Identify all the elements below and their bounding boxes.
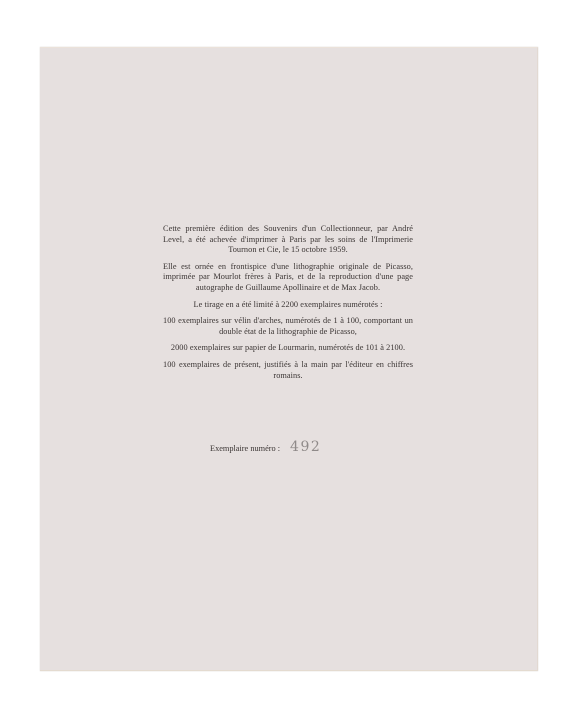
colophon-paragraph-printing: Cette première édition des Souvenirs d'u… xyxy=(163,224,413,256)
colophon-paragraph-lourmarin-copies: 2000 exemplaires sur papier de Lourmarin… xyxy=(163,343,413,354)
copy-number-value: 492 xyxy=(290,439,321,455)
colophon-paragraph-print-run: Le tirage en a été limité à 2200 exempla… xyxy=(163,300,413,311)
colophon-paragraph-presentation-copies: 100 exemplaires de présent, justifiés à … xyxy=(163,360,413,381)
colophon-text: Cette première édition des Souvenirs d'u… xyxy=(163,224,413,387)
colophon-paragraph-velin-copies: 100 exemplaires sur vélin d'arches, numé… xyxy=(163,316,413,337)
copy-number-label: Exemplaire numéro : xyxy=(210,444,280,453)
colophon-paragraph-illustrations: Elle est ornée en frontispice d'une lith… xyxy=(163,262,413,294)
book-page: Cette première édition des Souvenirs d'u… xyxy=(40,47,538,671)
copy-number-line: Exemplaire numéro : 492 xyxy=(210,438,321,456)
